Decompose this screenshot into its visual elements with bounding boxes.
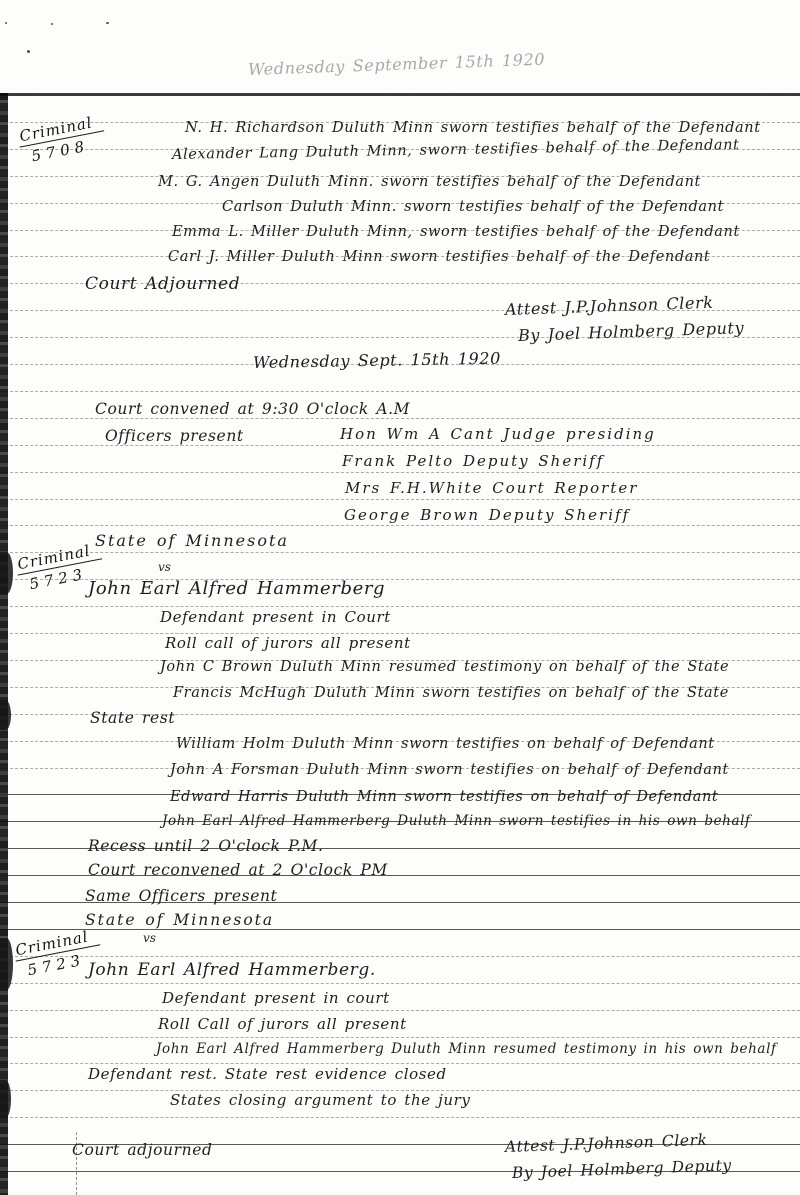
defendant-name-heading: John Earl Alfred Hammerberg bbox=[88, 578, 385, 599]
minutes-line: Roll Call of jurors all present bbox=[158, 1015, 407, 1033]
versus-mark: vs bbox=[158, 560, 171, 574]
ledger-page: Wednesday September 15th 1920 Criminal 5… bbox=[0, 0, 800, 1195]
ruled-line bbox=[0, 1117, 800, 1118]
case-state-title: State of Minnesota bbox=[85, 911, 274, 929]
scan-edge-blob bbox=[0, 700, 11, 730]
witness-line: Carl J. Miller Duluth Minn sworn testifi… bbox=[168, 249, 710, 265]
court-adjourned-line: Court Adjourned bbox=[85, 274, 240, 294]
state-rest-line: State rest bbox=[90, 709, 175, 727]
ruled-line bbox=[0, 929, 800, 930]
attest-clerk-signature: Attest J.P.Johnson Clerk bbox=[505, 1131, 708, 1156]
ruled-line bbox=[0, 956, 800, 957]
scan-speck bbox=[106, 22, 109, 24]
faint-header: Wednesday September 15th 1920 bbox=[248, 50, 546, 79]
ruled-line bbox=[0, 983, 800, 984]
minutes-line: Roll call of jurors all present bbox=[165, 634, 411, 652]
ruled-line bbox=[0, 95, 800, 96]
scan-speck bbox=[51, 23, 53, 25]
minutes-line: John C Brown Duluth Minn resumed testimo… bbox=[160, 659, 729, 675]
witness-line: M. G. Angen Duluth Minn. sworn testifies… bbox=[158, 174, 701, 190]
ruled-line bbox=[0, 499, 800, 500]
officer-line: Frank Pelto Deputy Sheriff bbox=[342, 452, 604, 470]
minutes-line: John Earl Alfred Hammerberg Duluth Minn … bbox=[156, 1041, 777, 1057]
scan-edge-blob bbox=[0, 1080, 11, 1118]
minutes-line: Francis McHugh Duluth Minn sworn testifi… bbox=[173, 685, 729, 701]
case-state-title: State of Minnesota bbox=[95, 531, 289, 550]
defendant-name-heading: John Earl Alfred Hammerberg. bbox=[88, 960, 376, 980]
officer-line: Hon Wm A Cant Judge presiding bbox=[340, 425, 656, 443]
scan-speck bbox=[27, 50, 30, 53]
ruled-line bbox=[0, 552, 800, 553]
witness-line: John Earl Alfred Hammerberg Duluth Minn … bbox=[162, 813, 751, 829]
witness-line: Emma L. Miller Duluth Minn, sworn testif… bbox=[172, 224, 740, 240]
reconvened-line: Court reconvened at 2 O'clock PM bbox=[88, 861, 388, 879]
officer-line: Mrs F.H.White Court Reporter bbox=[345, 479, 638, 497]
ruled-line bbox=[0, 472, 800, 473]
scan-edge-blob bbox=[0, 552, 13, 594]
court-convened-line: Court convened at 9:30 O'clock A.M bbox=[95, 400, 410, 418]
minutes-line: States closing argument to the jury bbox=[170, 1091, 470, 1109]
witness-line: John A Forsman Duluth Minn sworn testifi… bbox=[170, 762, 729, 778]
versus-mark: vs bbox=[143, 931, 156, 945]
ruled-line bbox=[0, 391, 800, 392]
scan-left-edge bbox=[0, 93, 8, 1195]
recess-line: Recess until 2 O'clock P.M. bbox=[88, 837, 324, 855]
attest-clerk-signature: Attest J.P.Johnson Clerk bbox=[505, 293, 714, 319]
minutes-line: Defendant rest. State rest evidence clos… bbox=[88, 1065, 447, 1083]
scan-edge-blob bbox=[0, 938, 13, 990]
margin-note-criminal-5708: Criminal 5708 bbox=[16, 112, 108, 168]
ruled-line bbox=[0, 525, 800, 526]
scan-speck bbox=[5, 22, 7, 24]
witness-line: William Holm Duluth Minn sworn testifies… bbox=[176, 736, 715, 752]
ruled-line bbox=[0, 606, 800, 607]
witness-line: Alexander Lang Duluth Minn, sworn testif… bbox=[172, 137, 740, 163]
witness-line: N. H. Richardson Duluth Minn sworn testi… bbox=[185, 120, 761, 136]
session-date-heading: Wednesday Sept. 15th 1920 bbox=[253, 349, 501, 372]
ruled-line bbox=[0, 1037, 800, 1038]
officers-present-label: Officers present bbox=[105, 427, 244, 445]
minutes-line: Defendant present in Court bbox=[160, 608, 391, 626]
witness-line: Edward Harris Duluth Minn sworn testifie… bbox=[170, 789, 718, 805]
attest-deputy-signature: By Joel Holmberg Deputy bbox=[518, 318, 745, 345]
minutes-line: Defendant present in court bbox=[162, 989, 390, 1007]
court-adjourned-line: Court adjourned bbox=[72, 1141, 213, 1159]
witness-line: Carlson Duluth Minn. sworn testifies beh… bbox=[222, 199, 724, 215]
ruled-line bbox=[0, 1010, 800, 1011]
same-officers-line: Same Officers present bbox=[85, 887, 277, 905]
officer-line: George Brown Deputy Sheriff bbox=[344, 506, 630, 524]
attest-deputy-signature: By Joel Holmberg Deputy bbox=[512, 1156, 732, 1182]
